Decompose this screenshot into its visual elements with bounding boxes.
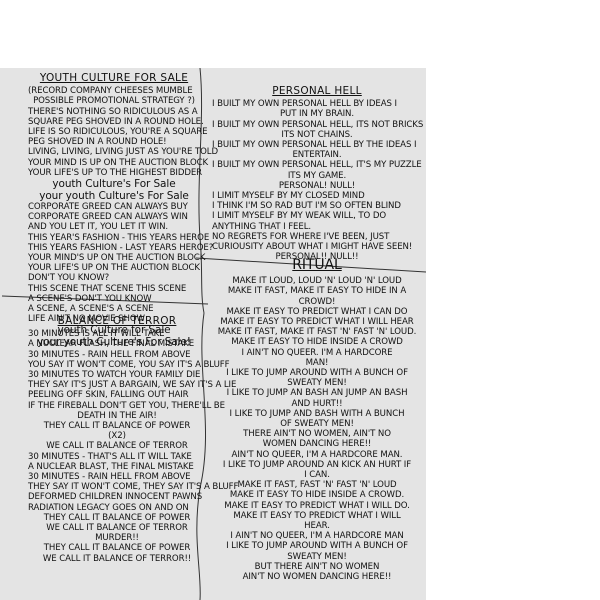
lyric-line: Peeling off skin, falling out hair xyxy=(28,390,206,400)
lyric-line: Your mind is up on the auction block xyxy=(28,158,200,168)
song-title: RITUAL xyxy=(212,260,422,270)
lyric-line: Make it fast, fast 'n' fast 'n' loud xyxy=(212,480,422,490)
lyric-line: anything that I feel. xyxy=(212,222,422,232)
lyric-line: Radiation legacy goes on and on xyxy=(28,503,206,513)
lyric-line: and you let it, you let it win. xyxy=(28,222,200,232)
lyric-line: I like to jump and bash with a bunch xyxy=(212,409,422,419)
lyric-line: I ain't no queer, I'm a hardcore man xyxy=(212,531,422,541)
lyric-line: They say it won't come, they say it's a … xyxy=(28,482,206,492)
lyric-line: make it easy to hide inside a crowd xyxy=(212,337,422,347)
lyric-line: A nuclear blast, the final mistake xyxy=(28,462,206,472)
lyric-line: A scene, a scene's a scene xyxy=(28,304,200,314)
lyric-line: of sweaty men! xyxy=(212,419,422,429)
lyric-line: we call it balance of terror!! xyxy=(28,554,206,564)
lyric-line: 30 minutes is all it will take xyxy=(28,329,206,339)
lyric-line: if the fireball don't get you, there'll … xyxy=(28,401,206,411)
lyric-line: and hurt!! xyxy=(212,399,422,409)
lyric-line: 30 minutes - rain hell from above xyxy=(28,350,206,360)
lyric-line: your life's up to the highest bidder xyxy=(28,168,200,178)
lyric-line: 30 minutes - rain hell from above xyxy=(28,472,206,482)
lyric-line: hear. xyxy=(212,521,422,531)
lyric-line: They call it balance of power xyxy=(28,543,206,553)
lyric-line: make it easy to predict what I will hear xyxy=(212,317,422,327)
lyric-line: A nuclear flash, the final mistake xyxy=(28,339,206,349)
lyric-line: man! xyxy=(212,358,422,368)
song-ritual: RITUAL Make it loud, loud 'n' loud 'n' l… xyxy=(212,258,422,582)
song-title: YOUTH CULTURE FOR SALE xyxy=(28,73,200,83)
lyric-line: curiousity about what I might have seen! xyxy=(212,242,422,252)
lyric-line: peg shoved in a round hole! xyxy=(28,137,200,147)
lyric-line: Murder!! xyxy=(28,533,206,543)
lyric-line: This scene that scene this scene xyxy=(28,284,200,294)
lyric-line: sweaty men! xyxy=(212,552,422,562)
lyric-line: possible promotional strategy ?) xyxy=(28,96,200,106)
lyric-line: women dancing here!! xyxy=(212,439,422,449)
lyric-line: crowd! xyxy=(212,297,422,307)
lyric-line: you say it won't come, you say it's a bl… xyxy=(28,360,206,370)
lyric-line: Make it easy to predict what I can do xyxy=(212,307,422,317)
lyric-line: They call it balance of power xyxy=(28,421,206,431)
lyric-line: 30 minutes to watch your family die xyxy=(28,370,206,380)
lyric-line: (Record company cheeses mumble xyxy=(28,86,200,96)
lyric-line: I ain't no queer. I'm a hardcore xyxy=(212,348,422,358)
lyric-line: I built my own personal hell by the idea… xyxy=(212,140,422,150)
lyric-line: I like to jump around with a bunch of xyxy=(212,541,422,551)
lyric-line: I like to jump around with a bunch of xyxy=(212,368,422,378)
lyric-line: I built my own personal hell by ideas I xyxy=(212,99,422,109)
lyric-line: corporate greed can always win xyxy=(28,212,200,222)
lyric-line: your youth Culture's For Sale xyxy=(28,190,200,202)
lyric-line: ain't no women dancing here!! xyxy=(212,572,422,582)
lyric-line: I think I'm so rad but I'm so often blin… xyxy=(212,201,422,211)
lyric-line: make it easy to predict what I will xyxy=(212,511,422,521)
lyric-line: Corporate greed can always buy xyxy=(28,202,200,212)
lyric-line: They say it's just a bargain, we say it'… xyxy=(28,380,206,390)
song-title: BALANCE OF TERROR xyxy=(28,316,206,326)
lyric-line: No regrets for where I've been, just xyxy=(212,232,422,242)
lyric-line: Deformed children innocent pawns xyxy=(28,492,206,502)
lyric-line: But there ain't no women xyxy=(212,562,422,572)
lyric-line: Don't you know? xyxy=(28,273,200,283)
lyric-line: its not chains. xyxy=(212,130,422,140)
song-youth-culture-for-sale: YOUTH CULTURE FOR SALE (Record company c… xyxy=(28,73,200,348)
lyric-line: Make it loud, loud 'n' loud 'n' loud xyxy=(212,276,422,286)
lyric-line: sweaty men! xyxy=(212,378,422,388)
lyric-line: They call it balance of power xyxy=(28,513,206,523)
lyric-line: I limit myself by my weak will, to do xyxy=(212,211,422,221)
lyric-line: This years fashion - last years heroe? xyxy=(28,243,200,253)
lyric-line: I like to jump around an kick an hurt if xyxy=(212,460,422,470)
lyric-line: A scene's don't you know xyxy=(28,294,200,304)
lyric-line: your life's up on the auction block xyxy=(28,263,200,273)
lyric-line: I like to jump an bash an jump an bash xyxy=(212,388,422,398)
lyric-line: entertain. xyxy=(212,150,422,160)
lyric-line: (x2) xyxy=(28,431,206,441)
lyric-line: I can. xyxy=(212,470,422,480)
lyric-line: make it easy to predict what I will do. xyxy=(212,501,422,511)
song-balance-of-terror: BALANCE OF TERROR 30 minutes is all it w… xyxy=(28,316,206,564)
lyric-line: make it fast, make it easy to hide in a xyxy=(212,286,422,296)
lyric-line: make it fast, make it fast 'n' fast 'n' … xyxy=(212,327,422,337)
lyric-line: There ain't no women, ain't no xyxy=(212,429,422,439)
lyric-line: its my game. xyxy=(212,171,422,181)
lyric-line: your mind's up on the auction block xyxy=(28,253,200,263)
lyric-line: put in my brain. xyxy=(212,109,422,119)
lyric-line: square peg shoved in a round hole. xyxy=(28,117,200,127)
song-personal-hell: PERSONAL HELL I built my own personal he… xyxy=(212,86,422,262)
lyric-line: youth Culture's For Sale xyxy=(28,178,200,190)
lyric-line: Living, living, living just as you're to… xyxy=(28,147,200,157)
lyric-line: 30 minutes - that's all it will take xyxy=(28,452,206,462)
lyric-line: There's nothing so ridiculous as a xyxy=(28,107,200,117)
lyric-line: I limit myself by my closed mind xyxy=(212,191,422,201)
lyric-line: Personal! Null! xyxy=(212,181,422,191)
lyric-line: I built my own personal hell, its not br… xyxy=(212,120,422,130)
lyric-line: Ain't no queer, I'm a hardcore man. xyxy=(212,450,422,460)
lyric-line: I built my own personal hell, it's my pu… xyxy=(212,160,422,170)
lyric-line: death in the air! xyxy=(28,411,206,421)
lyric-line: Life is so ridiculous, you're a square xyxy=(28,127,200,137)
lyric-line: we call it balance of terror xyxy=(28,523,206,533)
lyric-line: make it easy to hide inside a crowd. xyxy=(212,490,422,500)
lyric-line: This year's fashion - this years heroe xyxy=(28,233,200,243)
song-title: PERSONAL HELL xyxy=(212,86,422,96)
lyric-line: we call it balance of terror xyxy=(28,441,206,451)
